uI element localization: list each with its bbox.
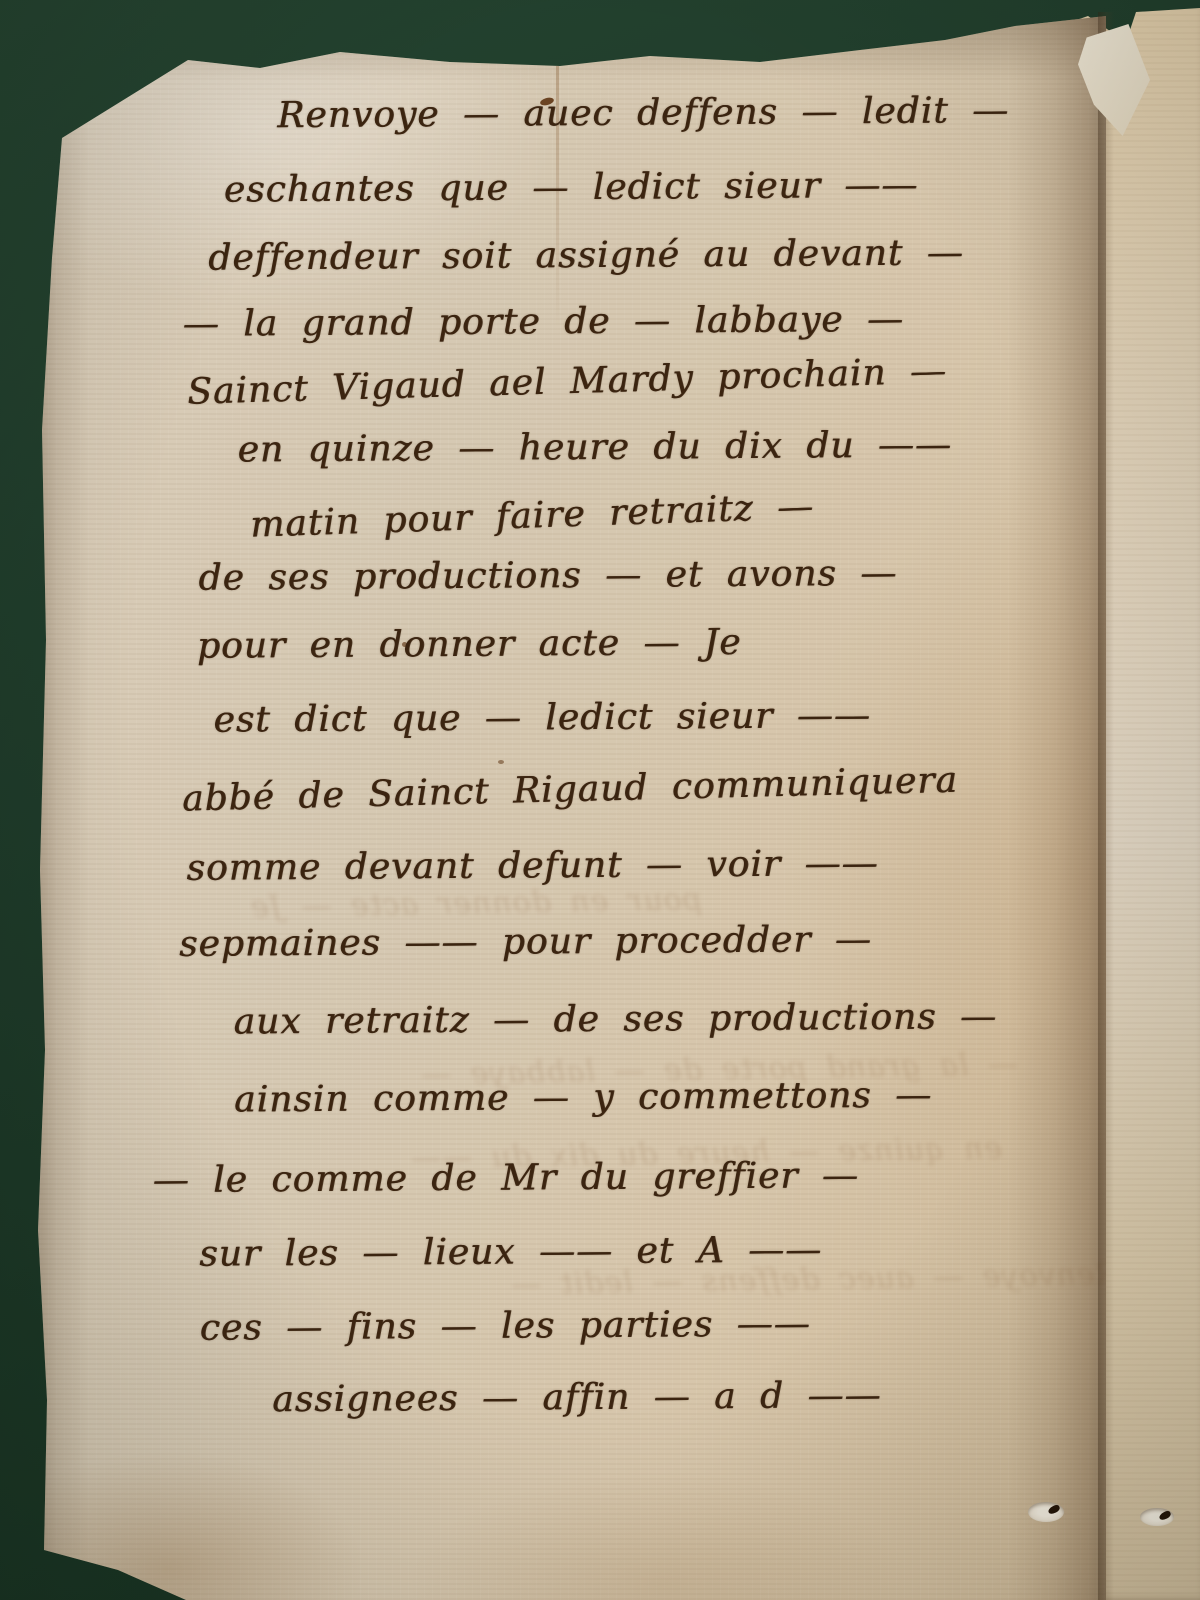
manuscript-line: somme devant defunt — voir —— [186, 846, 878, 887]
manuscript-line: deffendeur soit assigné au devant — [208, 235, 964, 276]
manuscript-line: pour en donner acte — Je [197, 625, 742, 665]
manuscript-line: ainsin comme — y commettons — [234, 1078, 932, 1119]
manuscript-page: pour en donner acte — Je — la grand port… [0, 0, 1200, 1600]
manuscript-line: Renvoye — auec deffens — ledit — [277, 93, 1009, 134]
manuscript-line: eschantes que — ledict sieur —— [224, 168, 919, 209]
manuscript-line: de ses productions — et avons — [198, 556, 897, 597]
manuscript-line: sepmaines —— pour procedder — [179, 922, 872, 963]
manuscript-line: ces — fins — les parties —— [200, 1307, 811, 1347]
manuscript-line: Sainct Vigaud ael Mardy prochain — [187, 354, 948, 411]
manuscript-line: sur les — lieux —— et A —— [199, 1232, 822, 1272]
wormhole [1028, 1502, 1064, 1522]
photograph-background: pour en donner acte — Je — la grand port… [0, 0, 1200, 1600]
manuscript-line: — le comme de Mr du greffier — [153, 1158, 859, 1199]
manuscript-text: Renvoye — auec deffens — ledit — eschant… [0, 0, 1200, 1600]
manuscript-line: assignees — affin — a d —— [272, 1378, 881, 1418]
manuscript-line: aux retraitz — de ses productions — [233, 999, 997, 1040]
wormhole [1140, 1508, 1174, 1526]
manuscript-line: en quinze — heure du dix du —— [237, 428, 952, 469]
manuscript-line: — la grand porte de — labbaye — [183, 302, 904, 343]
manuscript-line: est dict que — ledict sieur —— [213, 698, 871, 739]
manuscript-line: matin pour faire retraitz — [250, 489, 815, 544]
fold-gap-line [1098, 12, 1114, 1600]
manuscript-line: abbé de Sainct Rigaud communiquera [182, 763, 959, 818]
